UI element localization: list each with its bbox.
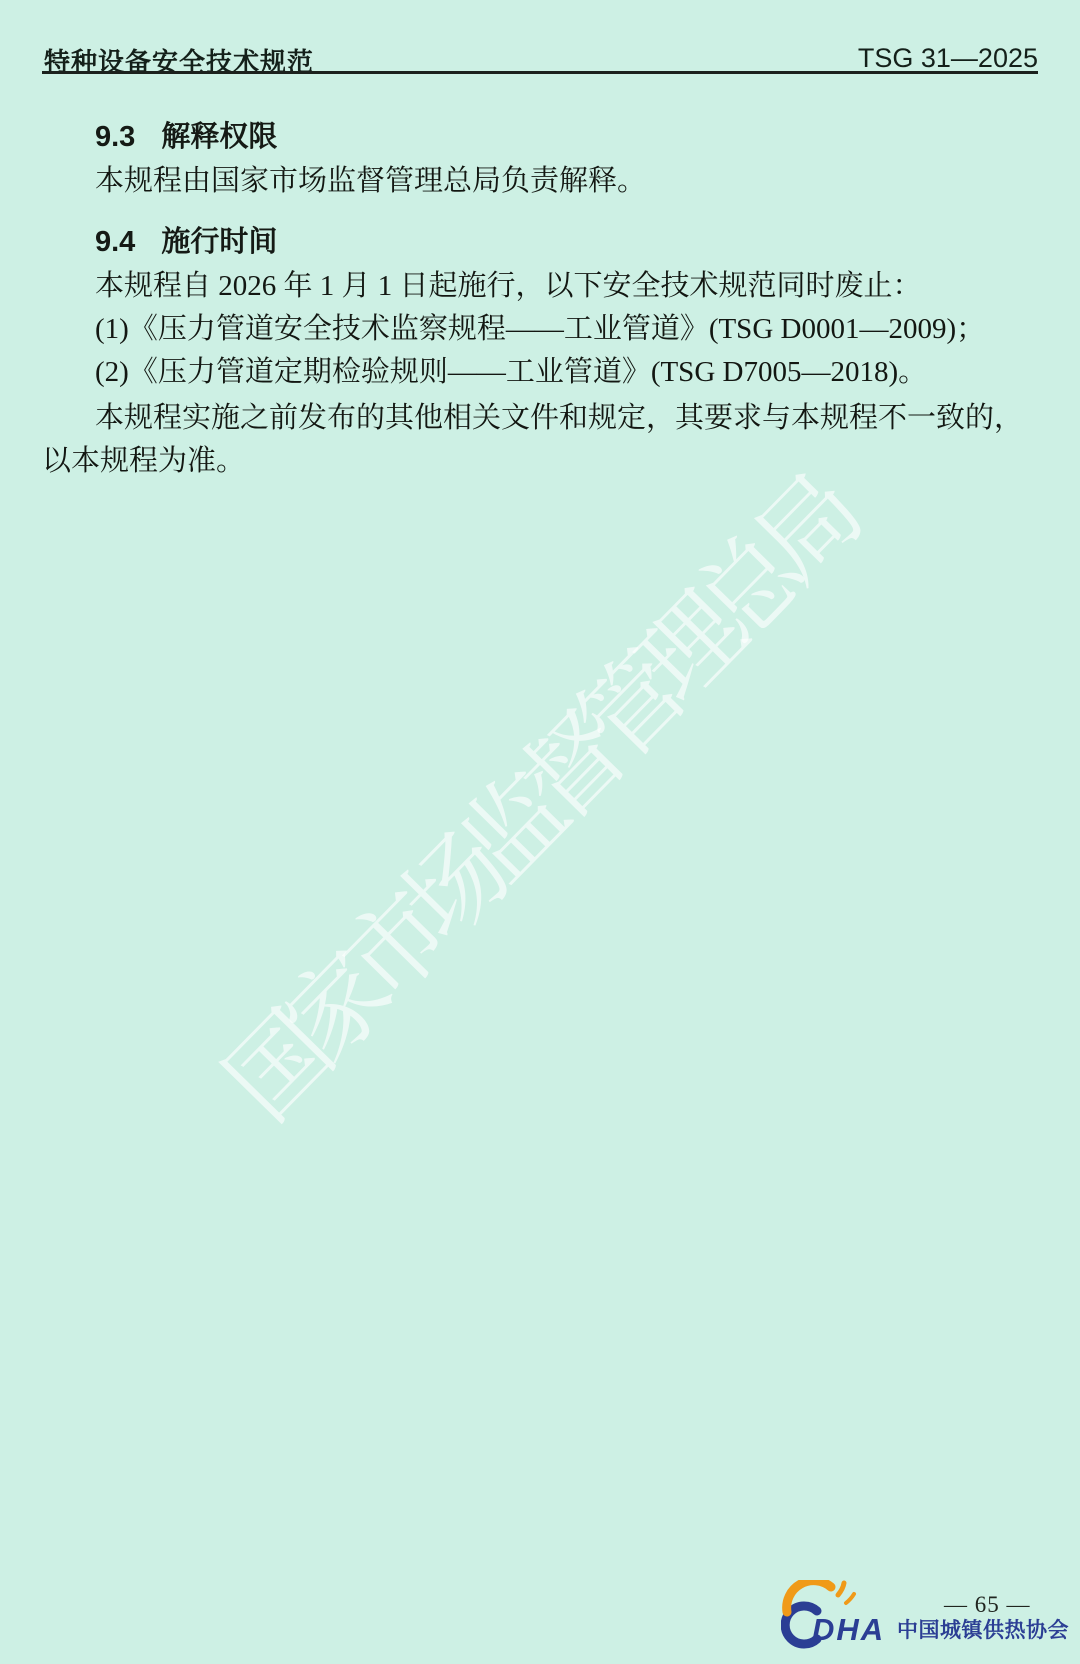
document-page: 国家市场监督管理总局 特种设备安全技术规范 TSG 31—2025 9.3解释权… <box>0 0 1080 1664</box>
section-9-3-paragraph: 本规程由国家市场监督管理总局负责解释。 <box>95 164 646 199</box>
repealed-item-1: (1)《压力管道安全技术监察规程——工业管道》(TSG D0001—2009)； <box>95 312 985 347</box>
section-9-4-heading: 9.4施行时间 <box>95 219 277 260</box>
section-9-3-number: 9.3 <box>95 121 135 153</box>
header-rule <box>42 71 1038 74</box>
section-9-4-paragraph-final: 本规程实施之前发布的其他相关文件和规定，其要求与本规程不一致的，以本规程为准。 <box>42 397 1044 483</box>
section-9-4-title: 施行时间 <box>161 226 277 258</box>
page-number: — 65 — <box>944 1592 1031 1618</box>
section-9-3-title: 解释权限 <box>161 121 277 153</box>
section-9-4-number: 9.4 <box>95 226 135 258</box>
logo-ray-small-icon <box>846 1594 854 1603</box>
section-9-4-paragraph-intro: 本规程自 2026 年 1 月 1 日起施行，以下安全技术规范同时废止： <box>95 269 922 304</box>
watermark-text: 国家市场监督管理总局 <box>209 468 869 1137</box>
logo-org-name: 中国城镇供热协会 <box>897 1618 1069 1642</box>
section-9-3-heading: 9.3解释权限 <box>95 114 277 155</box>
logo-ray-icon <box>838 1583 844 1595</box>
logo-acronym: DHA <box>812 1612 885 1647</box>
header-document-code: TSG 31—2025 <box>858 43 1038 74</box>
repealed-item-2: (2)《压力管道定期检验规则——工业管道》(TSG D7005—2018)。 <box>95 355 927 390</box>
